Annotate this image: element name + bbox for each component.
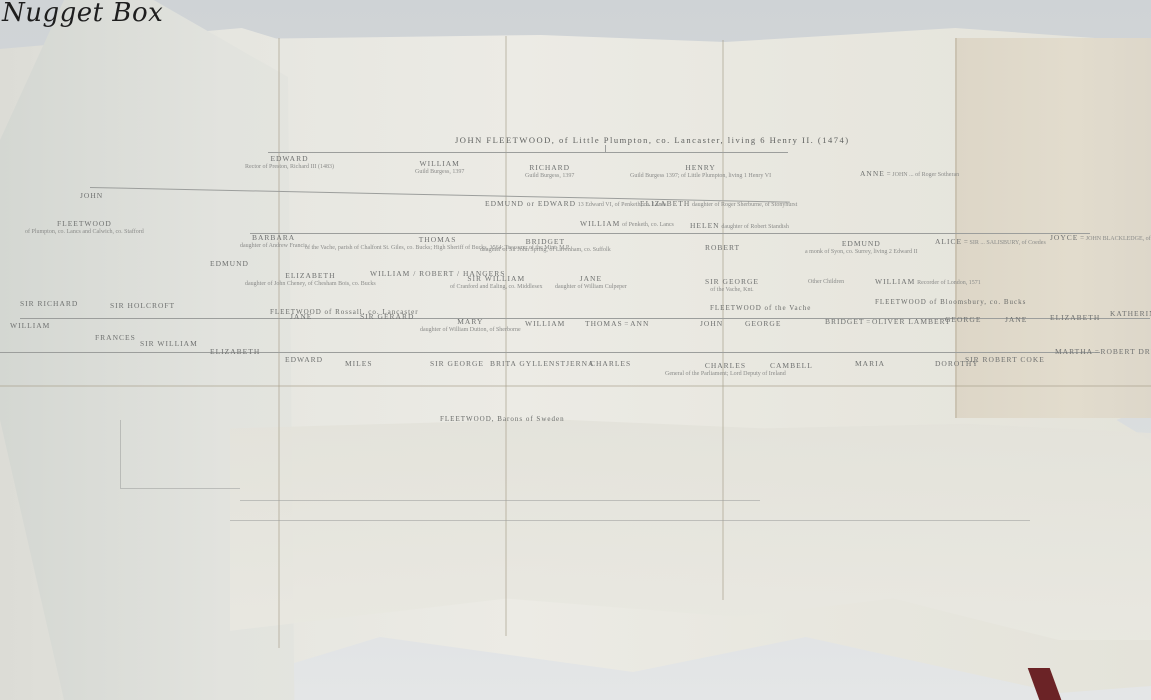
person-john: JOHN bbox=[80, 192, 103, 200]
person-charles-general: CHARLESGeneral of the Parliament; Lord D… bbox=[665, 362, 786, 378]
connector-line bbox=[250, 233, 1090, 234]
person-sir-richard: SIR RICHARD bbox=[20, 300, 78, 308]
connector-line bbox=[605, 145, 606, 153]
person-jane: JANE bbox=[290, 313, 312, 321]
person-elizabeth-6: ELIZABETH bbox=[210, 348, 260, 356]
person-other-children: Other Children bbox=[808, 278, 844, 286]
person-jane-culpeper: JANEdaughter of William Culpeper bbox=[555, 275, 627, 291]
person-sir-william-6: SIR WILLIAM bbox=[140, 340, 198, 348]
person-william-recorder: WILLIAM Recorder of London, 1571 bbox=[875, 278, 981, 287]
person-thomas: THOMAS = ANN bbox=[585, 320, 649, 328]
person-elizabeth-5: ELIZABETH bbox=[1050, 314, 1100, 322]
person-edward: EDWARDRector of Preston, Richard III (14… bbox=[245, 155, 334, 171]
person-alice: ALICE = SIR ... SALISBURY, of Coedes bbox=[935, 238, 1046, 247]
person-anne: ANNE = JOHN ... of Roger Sotheran bbox=[860, 170, 959, 179]
connector-line bbox=[240, 500, 760, 501]
person-katherine: KATHERINE bbox=[1110, 310, 1151, 318]
person-mary: MARYdaughter of William Dutton, of Sherb… bbox=[420, 318, 521, 334]
person-william: WILLIAMGuild Burgess, 1397 bbox=[415, 160, 464, 176]
person-sir-william-cranford: SIR WILLIAMof Cranford and Ealing, co. M… bbox=[450, 275, 542, 291]
connector-line bbox=[120, 488, 240, 489]
chart-title: JOHN FLEETWOOD, of Little Plumpton, co. … bbox=[455, 135, 850, 145]
person-martha: MARTHA = ROBERT DRUMMOND bbox=[1055, 348, 1151, 356]
person-bridget: BRIDGETdaughter of Sir John Spring, of L… bbox=[480, 238, 611, 254]
person-george-5b: GEORGE bbox=[945, 316, 981, 324]
person-william-penketh: WILLIAM of Penketh, co. Lancs bbox=[580, 220, 674, 229]
person-john-5: JOHN bbox=[700, 320, 723, 328]
person-cambell: CAMBELL bbox=[770, 362, 813, 370]
person-sir-robert-coke: SIR ROBERT COKE bbox=[965, 356, 1045, 364]
person-richard: RICHARDGuild Burgess, 1397 bbox=[525, 164, 574, 180]
person-henry: HENRYGuild Burgess 1397; of Little Plump… bbox=[630, 164, 771, 180]
person-sir-holcroft: SIR HOLCROFT bbox=[110, 302, 175, 310]
person-miles: MILES bbox=[345, 360, 373, 368]
branch-label: FLEETWOOD of Bloomsbury, co. Bucks bbox=[875, 298, 1026, 306]
person-elizabeth: ELIZABETH daughter of Roger Sherburne, o… bbox=[640, 200, 797, 209]
person-frances: FRANCES bbox=[95, 334, 136, 342]
person-joyce: JOYCE = JOHN BLACKLEDGE, of Lowthwait bbox=[1050, 234, 1151, 243]
person-sir-george-6: SIR GEORGE bbox=[430, 360, 484, 368]
person-bridget-lambert: BRIDGET = OLIVER LAMBERT bbox=[825, 318, 951, 326]
watermark-logo: Nugget Box bbox=[2, 0, 163, 28]
person-edmund: EDMUND bbox=[210, 260, 249, 268]
person-william-6: WILLIAM bbox=[10, 322, 50, 330]
person-elizabeth-cheney: ELIZABETHdaughter of John Cheney, of Che… bbox=[245, 272, 376, 288]
connector-line bbox=[230, 520, 1030, 521]
person-brita: BRITA GYLLENSTJERNA bbox=[490, 360, 594, 368]
person-jane-5: JANE bbox=[1005, 316, 1027, 324]
connector-line bbox=[268, 152, 788, 153]
person-william-5: WILLIAM bbox=[525, 320, 565, 328]
person-maria: MARIA bbox=[855, 360, 885, 368]
branch-label: FLEETWOOD, Barons of Sweden bbox=[440, 415, 565, 423]
person-robert: ROBERT bbox=[705, 244, 740, 252]
person-george-5: GEORGE bbox=[745, 320, 781, 328]
person-fleetwood-plumpton: FLEETWOODof Plumpton, co. Lancs and Calw… bbox=[25, 220, 144, 236]
person-sir-george: SIR GEORGEof the Vache, Knt. bbox=[705, 278, 759, 294]
person-edmund-monk: EDMUNDa monk of Syon, co. Surrey, living… bbox=[805, 240, 918, 256]
person-charles: CHARLES bbox=[590, 360, 631, 368]
person-barbara: BARBARAdaughter of Andrew Francis bbox=[240, 234, 307, 250]
branch-label: FLEETWOOD of the Vache bbox=[710, 304, 811, 312]
connector-line bbox=[120, 420, 121, 488]
person-helen: HELEN daughter of Robert Standish bbox=[690, 222, 789, 231]
person-edward-6: EDWARD bbox=[285, 356, 323, 364]
genealogy-chart: JOHN FLEETWOOD, of Little Plumpton, co. … bbox=[0, 0, 1151, 700]
person-sir-gerard: SIR GERARD bbox=[360, 313, 414, 321]
connector-line bbox=[0, 352, 1100, 353]
